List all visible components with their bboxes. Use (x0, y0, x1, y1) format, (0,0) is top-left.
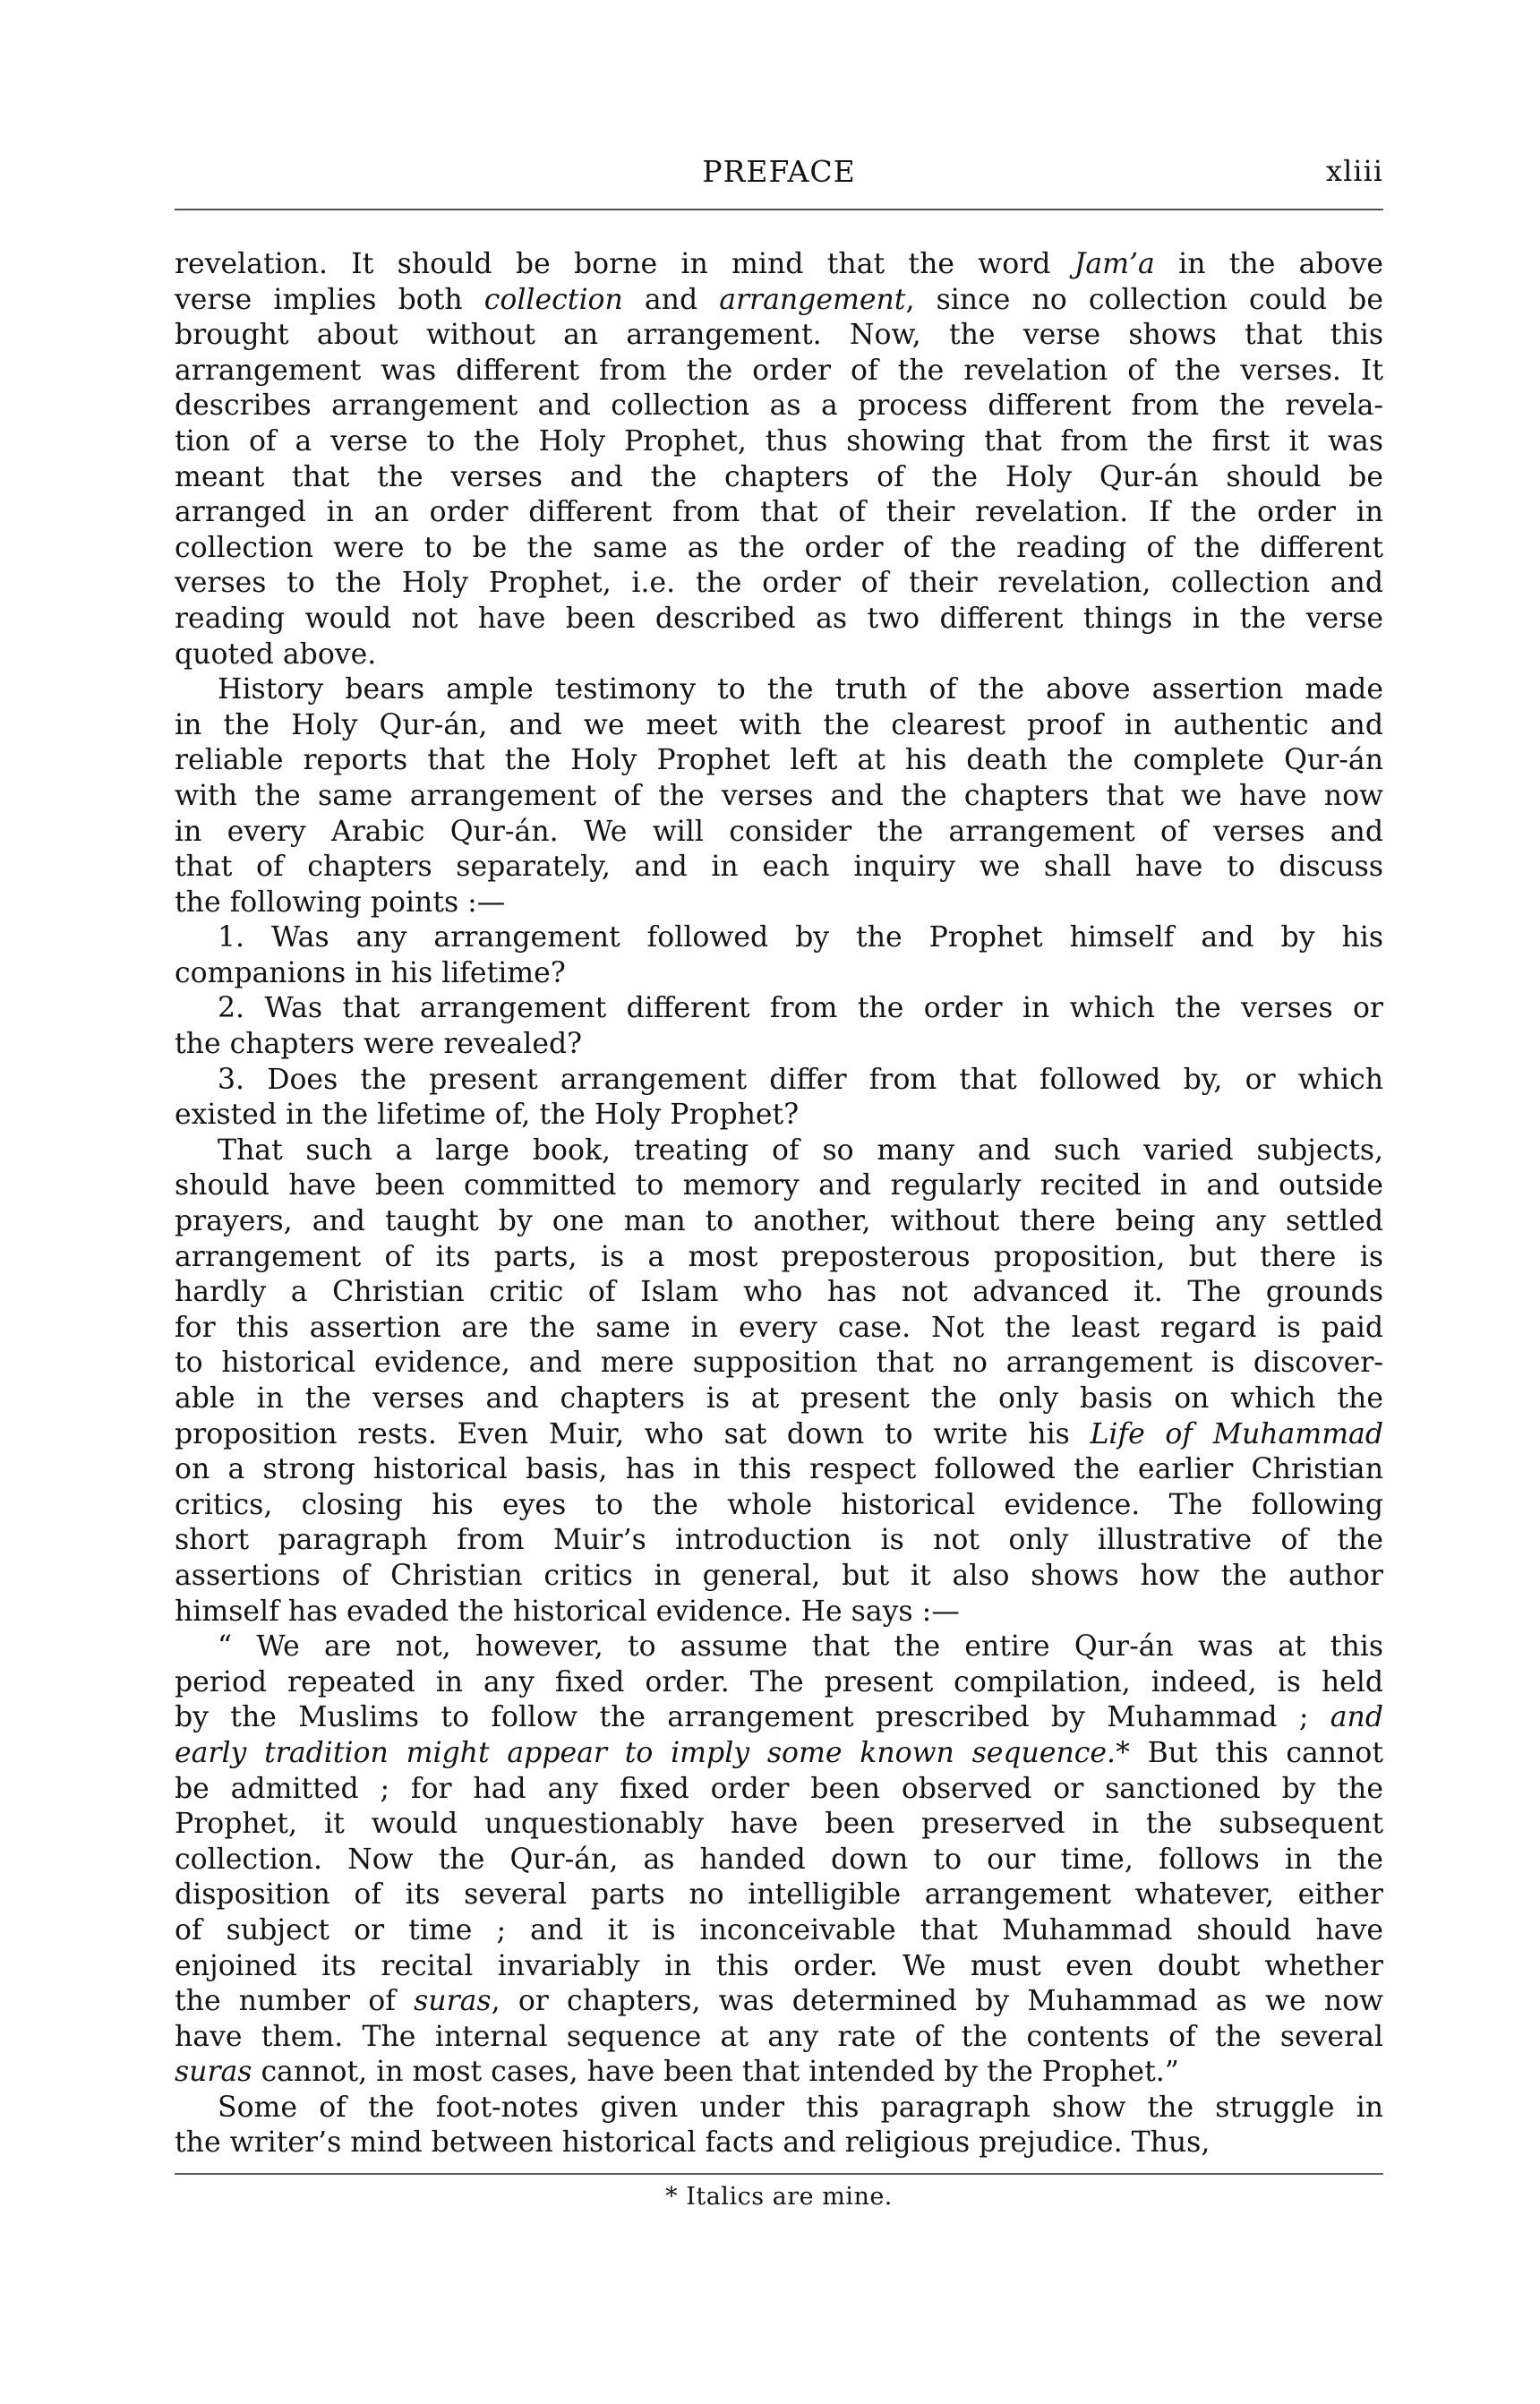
text-line: verses to the Holy Prophet, i.e. the ord… (175, 566, 1383, 602)
numbered-point: 3. Does the present arrangement differ f… (175, 1063, 1383, 1134)
text-line: collection were to be the same as the or… (175, 531, 1383, 567)
text-line: proposition rests. Even Muir, who sat do… (175, 1417, 1383, 1453)
text-line: able in the verses and chapters is at pr… (175, 1382, 1383, 1417)
text-line: That such a large book, treating of so m… (175, 1134, 1383, 1169)
text-line: Prophet, it would unquestionably have be… (175, 1807, 1383, 1843)
text-line: short paragraph from Muir’s introduction… (175, 1523, 1383, 1559)
text-line: 2. Was that arrangement different from t… (175, 991, 1383, 1027)
text-line: the chapters were revealed? (175, 1027, 1383, 1063)
italic-text: Jam’a (1074, 248, 1155, 280)
text-line: early tradition might appear to imply so… (175, 1736, 1383, 1772)
text-line: “ We are not, however, to assume that th… (175, 1630, 1383, 1665)
paragraph-arrangement-revelation: revelation. It should be borne in mind t… (175, 247, 1383, 672)
text-line: Some of the foot-notes given under this … (175, 2091, 1383, 2126)
text-line: the writer’s mind between historical fac… (175, 2126, 1383, 2161)
text-line: arranged in an order different from that… (175, 495, 1383, 531)
text-line: collection. Now the Qur-án, as handed do… (175, 1843, 1383, 1878)
text-line: by the Muslims to follow the arrangement… (175, 1700, 1383, 1736)
italic-text: collection (484, 284, 623, 316)
text-line: in the Holy Qur-án, and we meet with the… (175, 708, 1383, 744)
text-line: reading would not have been described as… (175, 602, 1383, 637)
footnote: * Italics are mine. (175, 2183, 1383, 2211)
text-line: meant that the verses and the chapters o… (175, 460, 1383, 496)
text-line: the following points :— (175, 885, 1383, 921)
text-line: 3. Does the present arrangement differ f… (175, 1063, 1383, 1099)
footnote-rule (175, 2173, 1383, 2175)
italic-text: early tradition might appear to imply so… (175, 1737, 1116, 1769)
text-line: revelation. It should be borne in mind t… (175, 247, 1383, 283)
text-line: be admitted ; for had any fixed order be… (175, 1772, 1383, 1808)
text-line: period repeated in any fixed order. The … (175, 1665, 1383, 1701)
running-head-title: PREFACE (175, 154, 1383, 189)
text-line: tion of a verse to the Holy Prophet, thu… (175, 424, 1383, 460)
text-line: quoted above. (175, 637, 1383, 673)
italic-text: arrangement (719, 284, 905, 316)
text-line: the number of suras, or chapters, was de… (175, 1984, 1383, 2020)
running-head: PREFACE xliii (175, 154, 1383, 193)
paragraph-large-book: That such a large book, treating of so m… (175, 1134, 1383, 1630)
text-line: assertions of Christian critics in gener… (175, 1559, 1383, 1595)
numbered-points: 1. Was any arrangement followed by the P… (175, 920, 1383, 1134)
text-line: arrangement was different from the order… (175, 354, 1383, 389)
text-line: enjoined its recital invariably in this … (175, 1949, 1383, 1985)
text-line: should have been committed to memory and… (175, 1168, 1383, 1204)
text-line: prayers, and taught by one man to anothe… (175, 1204, 1383, 1240)
text-line: have them. The internal sequence at any … (175, 2020, 1383, 2056)
text-line: describes arrangement and collection as … (175, 389, 1383, 424)
page-number: xliii (1326, 154, 1383, 188)
block-quote-muir: “ We are not, however, to assume that th… (175, 1630, 1383, 2091)
text-line: hardly a Christian critic of Islam who h… (175, 1275, 1383, 1311)
italic-text: Life of Muhammad (1090, 1418, 1383, 1450)
italic-text: suras (175, 2056, 252, 2088)
text-line: on a strong historical basis, has in thi… (175, 1452, 1383, 1488)
text-line: for this assertion are the same in every… (175, 1311, 1383, 1347)
text-line: of subject or time ; and it is inconceiv… (175, 1913, 1383, 1949)
text-line: that of chapters separately, and in each… (175, 850, 1383, 885)
numbered-point: 2. Was that arrangement different from t… (175, 991, 1383, 1062)
text-line: suras cannot, in most cases, have been t… (175, 2055, 1383, 2091)
text-line: disposition of its several parts no inte… (175, 1878, 1383, 1913)
header-rule (175, 209, 1383, 210)
italic-text: and (1330, 1701, 1383, 1733)
text-line: existed in the lifetime of, the Holy Pro… (175, 1098, 1383, 1134)
paragraph-foot-notes: Some of the foot-notes given under this … (175, 2091, 1383, 2161)
numbered-point: 1. Was any arrangement followed by the P… (175, 920, 1383, 991)
text-line: verse implies both collection and arrang… (175, 283, 1383, 319)
text-line: himself has evaded the historical eviden… (175, 1595, 1383, 1630)
text-line: with the same arrangement of the verses … (175, 779, 1383, 815)
text-line: History bears ample testimony to the tru… (175, 672, 1383, 708)
body-text: revelation. It should be borne in mind t… (175, 247, 1383, 2161)
text-line: companions in his lifetime? (175, 956, 1383, 992)
text-line: brought about without an arrangement. No… (175, 318, 1383, 354)
text-line: reliable reports that the Holy Prophet l… (175, 743, 1383, 779)
text-line: arrangement of its parts, is a most prep… (175, 1240, 1383, 1276)
text-line: critics, closing his eyes to the whole h… (175, 1488, 1383, 1524)
text-line: in every Arabic Qur-án. We will consider… (175, 815, 1383, 851)
paragraph-history-testimony: History bears ample testimony to the tru… (175, 672, 1383, 920)
text-line: to historical evidence, and mere supposi… (175, 1346, 1383, 1382)
text-line: 1. Was any arrangement followed by the P… (175, 920, 1383, 956)
italic-text: suras (414, 1985, 491, 2017)
